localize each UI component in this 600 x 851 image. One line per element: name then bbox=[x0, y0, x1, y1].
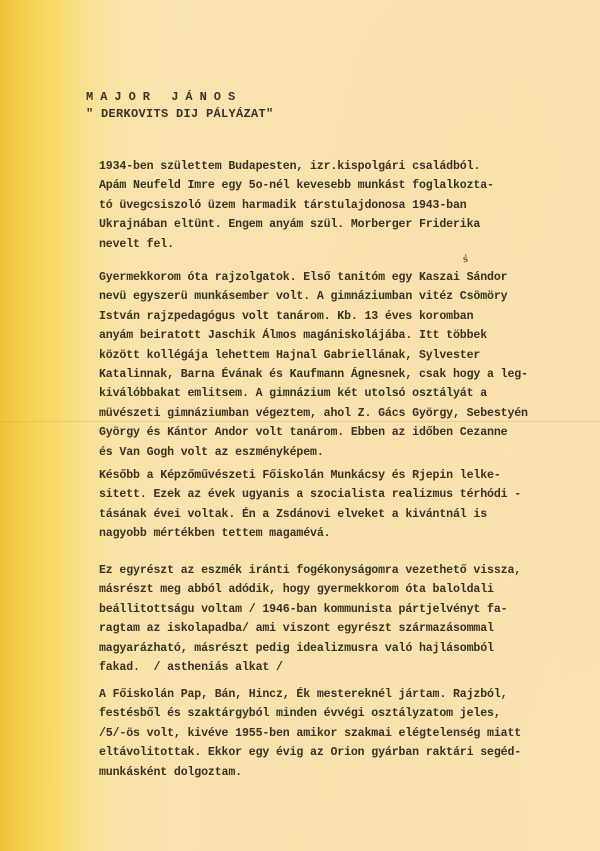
text-line: kiválóbbakat emlitsem. A gimnázium két u… bbox=[99, 384, 579, 403]
text-line: sitett. Ezek az évek ugyanis a szocialis… bbox=[99, 485, 579, 504]
paragraph-childhood: Gyermekkorom óta rajzolgatok. Első tanit… bbox=[99, 268, 579, 462]
author-name: MAJOR JÁNOS bbox=[86, 89, 274, 106]
handwritten-correction-mark: ś bbox=[462, 254, 469, 266]
text-line: Apám Neufeld Imre egy 5o-nél kevesebb mu… bbox=[99, 176, 579, 195]
text-line: nagyobb mértékben tettem magamévá. bbox=[99, 524, 579, 543]
text-line: munkásként dolgoztam. bbox=[99, 763, 579, 782]
text-line: /5/-ös volt, kivéve 1955-ben amikor szak… bbox=[99, 724, 579, 743]
text-line: Gyermekkorom óta rajzolgatok. Első tanit… bbox=[99, 268, 579, 287]
paragraph-ideology: Ez egyrészt az eszmék iránti fogékonyság… bbox=[99, 561, 579, 677]
paragraph-academy: Később a Képzőművészeti Főiskolán Munkác… bbox=[99, 466, 579, 544]
text-line: festésből és szaktárgyból minden évvégi … bbox=[99, 704, 579, 723]
paragraph-birth: 1934-ben születtem Budapesten, izr.kispo… bbox=[99, 157, 579, 254]
text-line: A Főiskolán Pap, Bán, Hincz, Ék mesterek… bbox=[99, 685, 579, 704]
text-line: eltávolitottak. Ekkor egy évig az Orion … bbox=[99, 743, 579, 762]
text-line: Később a Képzőművészeti Főiskolán Munkác… bbox=[99, 466, 579, 485]
text-line: között kollégája lehettem Hajnal Gabriel… bbox=[99, 346, 579, 365]
document-header: MAJOR JÁNOS " DERKOVITS DIJ PÁLYÁZAT" bbox=[86, 89, 274, 123]
text-line: müvészeti gimnáziumban végeztem, ahol Z.… bbox=[99, 404, 579, 423]
text-line: fakad. / astheniás alkat / bbox=[99, 658, 579, 677]
document-title: " DERKOVITS DIJ PÁLYÁZAT" bbox=[86, 106, 274, 123]
text-line: István rajzpedagógus volt tanárom. Kb. 1… bbox=[99, 307, 579, 326]
text-line: ragtam az iskolapadba/ ami viszont egyré… bbox=[99, 619, 579, 638]
text-line: nevelt fel. bbox=[99, 235, 579, 254]
text-line: Katalinnak, Barna Évának és Kaufmann Ágn… bbox=[99, 365, 579, 384]
text-line: tó üvegcsiszoló üzem harmadik társtulajd… bbox=[99, 196, 579, 215]
text-line: Ez egyrészt az eszmék iránti fogékonyság… bbox=[99, 561, 579, 580]
typewritten-page: MAJOR JÁNOS " DERKOVITS DIJ PÁLYÁZAT" ś … bbox=[0, 0, 600, 851]
text-line: magyarázható, másrészt pedig idealizmusr… bbox=[99, 639, 579, 658]
text-line: György és Kántor Andor volt tanárom. Ebb… bbox=[99, 423, 579, 442]
text-line: anyám beiratott Jaschik Álmos magániskol… bbox=[99, 326, 579, 345]
paragraph-college: A Főiskolán Pap, Bán, Hincz, Ék mesterek… bbox=[99, 685, 579, 782]
text-line: beállitottságu voltam / 1946-ban kommuni… bbox=[99, 600, 579, 619]
text-line: és Van Gogh volt az eszményképem. bbox=[99, 443, 579, 462]
text-line: 1934-ben születtem Budapesten, izr.kispo… bbox=[99, 157, 579, 176]
text-line: tásának évei voltak. Én a Zsdánovi elvek… bbox=[99, 505, 579, 524]
text-line: másrészt meg abból adódik, hogy gyermekk… bbox=[99, 580, 579, 599]
text-line: Ukrajnában eltünt. Engem anyám szül. Mor… bbox=[99, 215, 579, 234]
text-line: nevü egyszerü munkásember volt. A gimnáz… bbox=[99, 287, 579, 306]
